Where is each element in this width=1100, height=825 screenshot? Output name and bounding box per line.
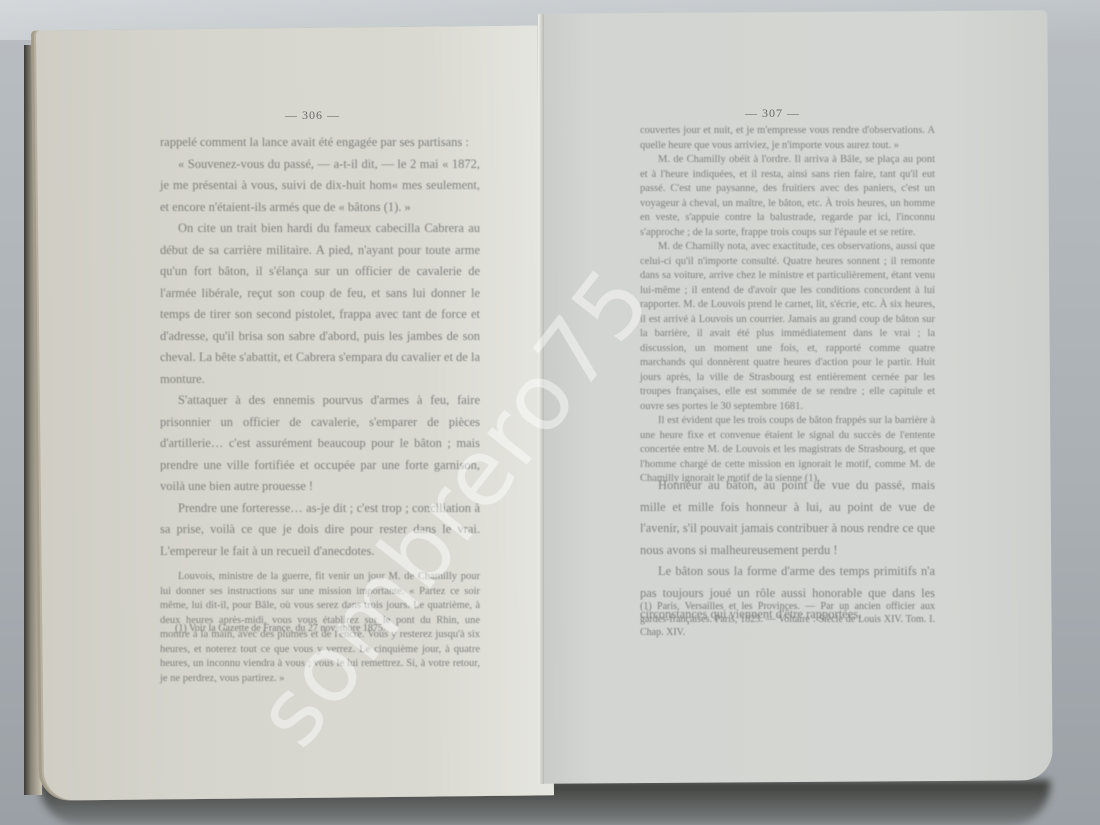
paragraph: couvertes jour et nuit, et je m'empresse…: [640, 124, 935, 153]
paragraph: M. de Chamilly nota, avec exactitude, ce…: [640, 240, 935, 414]
paragraph: Honneur au bâton, au point de vue du pas…: [640, 475, 935, 561]
right-page-body: couvertes jour et nuit, et je m'empresse…: [640, 124, 935, 487]
right-page-footnote: (1) Paris, Versailles et les Provinces. …: [640, 600, 935, 639]
paragraph: rappelé comment la lance avait été engag…: [160, 132, 480, 154]
paragraph: On cite un trait bien hardi du fameux ca…: [160, 218, 480, 390]
left-page-number: — 306 —: [285, 108, 340, 123]
paragraph: M. de Chamilly obéit à l'ordre. Il arriv…: [640, 153, 935, 240]
right-page-number: — 307 —: [745, 106, 800, 121]
paragraph: « Souvenez-vous du passé, — a-t-il dit, …: [160, 154, 480, 219]
